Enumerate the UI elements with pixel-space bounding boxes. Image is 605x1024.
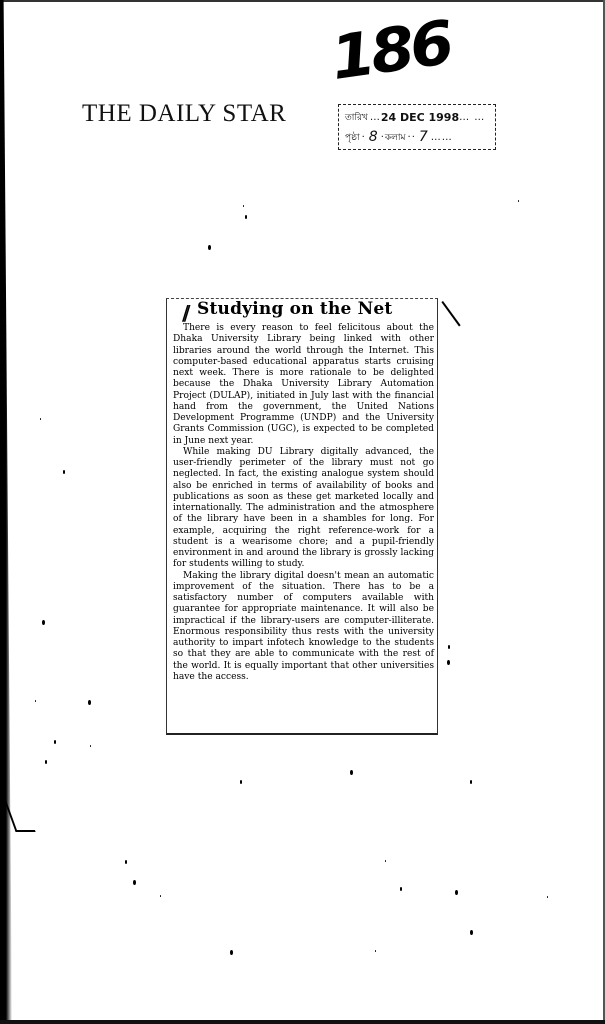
speck — [547, 896, 548, 898]
article-paragraph: While making DU Library digitally advanc… — [173, 447, 434, 571]
stamp-date-row: তারিখ … 24 DEC 1998 … … — [345, 107, 489, 127]
pen-mark-icon — [441, 301, 460, 326]
stamp-page-label: পৃষ্ঠা — [345, 130, 360, 145]
speck — [375, 950, 376, 952]
page-edge-top — [0, 0, 605, 2]
newspaper-masthead: THE DAILY STAR — [82, 100, 286, 128]
speck — [90, 745, 91, 747]
speck — [125, 860, 127, 864]
speck — [40, 418, 41, 420]
stamp-dots: … … — [459, 112, 485, 123]
article-paragraph: There is every reason to feel felicitous… — [173, 323, 434, 447]
speck — [42, 620, 45, 625]
speck — [160, 895, 161, 897]
article-clipping: // Studying on the Net There is every re… — [166, 298, 438, 735]
stamp-date-label: তারিখ — [345, 110, 368, 125]
speck — [385, 860, 386, 862]
stamp-column-label: কলাম — [385, 130, 406, 145]
speck — [400, 887, 402, 891]
speck — [54, 740, 56, 744]
stamp-dots: … — [370, 112, 381, 123]
speck — [45, 760, 47, 764]
speck — [63, 470, 65, 474]
speck — [133, 880, 136, 885]
stamp-page-value: 8 — [369, 129, 378, 145]
speck — [447, 660, 450, 665]
speck — [470, 930, 473, 935]
page-edge-left — [0, 0, 12, 1024]
stamp-column-value: 7 — [419, 129, 428, 145]
speck — [208, 245, 211, 250]
speck — [455, 890, 458, 895]
speck — [518, 200, 519, 202]
speck — [350, 770, 353, 775]
stamp-date-value: 24 DEC 1998 — [381, 111, 459, 124]
speck — [448, 645, 450, 649]
speck — [470, 780, 472, 784]
speck — [240, 780, 242, 784]
stamp-dots: …… — [431, 132, 453, 143]
speck — [245, 215, 247, 219]
archive-stamp: তারিখ … 24 DEC 1998 … … পৃষ্ঠা · 8 · কলা… — [338, 104, 496, 150]
pen-mark-icon: // — [182, 301, 185, 325]
article-paragraph: Making the library digital doesn't mean … — [173, 571, 434, 684]
article-body: There is every reason to feel felicitous… — [173, 323, 434, 683]
article-headline: Studying on the Net — [197, 299, 392, 319]
stamp-page-row: পৃষ্ঠা · 8 · কলাম ·· 7 …… — [345, 127, 489, 147]
page-edge-bottom — [0, 1020, 605, 1024]
speck — [243, 205, 244, 207]
speck — [230, 950, 233, 955]
speck — [35, 700, 36, 702]
stamp-dots: · — [362, 132, 366, 143]
stamp-dots: ·· — [408, 132, 416, 143]
speck — [88, 700, 91, 705]
handwritten-number: 186 — [327, 8, 454, 94]
